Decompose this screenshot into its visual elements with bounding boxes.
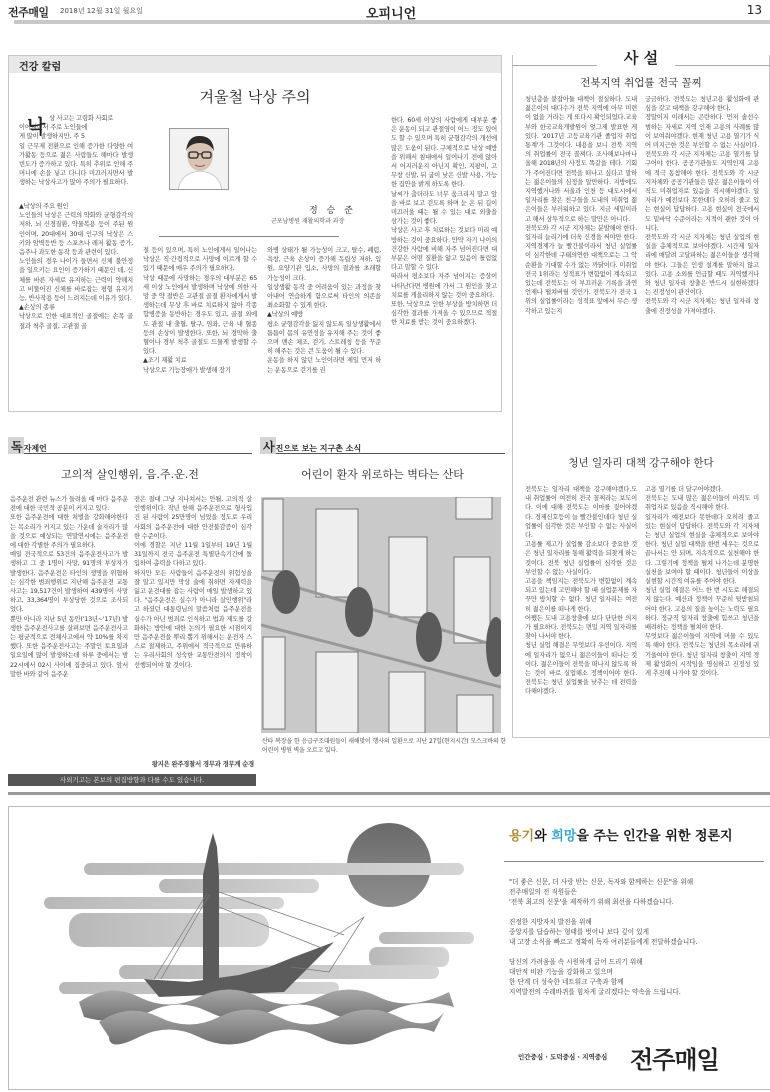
author-photo: [169, 128, 229, 190]
ad-divider: [504, 861, 764, 862]
reader-article-title: 고의적 살인행위, 음.주.운.전: [8, 466, 252, 482]
reader-column-2: 전은 절대 그냥 지나쳐서는 안될, 고의적 살인행위이다. 작년 한해 음주운…: [134, 495, 252, 757]
article-intro: 상 사고는 고령화 사회로 이어지면서 주로 노인들에 게 많이 발생하지만, …: [19, 114, 133, 200]
editorial-2-title: 청년 일자리 대책 강구해야 한다: [513, 455, 769, 470]
health-column: 건강 칼럼 겨울철 낙상 주의 낙 상 사고는 고령화 사회로 이어지면서 주로…: [8, 55, 502, 412]
ad-paragraph-3: 당신의 가려움을 속 시원하게 긁어 드리기 위해 대안적 비판 기능을 강화하…: [509, 957, 681, 997]
ad-paragraph-1: "더 좋은 신문, 더 사랑 받는 신문, 독자와 함께하는 신문"을 위해 전…: [509, 877, 693, 907]
brand-name: 전주매일: [8, 4, 49, 20]
newspaper-logo: 전주매일: [630, 1040, 719, 1075]
article-column-1: ▲낙상의 주요 원인 노인들의 낙상은 근력의 약화와 균형감각의 저하, 뇌 …: [19, 202, 133, 407]
article-title: 겨울철 낙상 주의: [9, 86, 501, 107]
issue-date: 2018년 12월 31일 월요일: [60, 6, 143, 16]
author-portrait-icon: [170, 129, 229, 190]
editorial-header: 사 설: [513, 47, 769, 68]
building-photo-icon: [261, 497, 501, 733]
disclaimer-banner: 사외기고는 본보의 편집방향과 다를 수도 있습니다.: [8, 774, 256, 786]
article-column-2: 절 등이 있으며, 특히 노인에게서 일어나는 낙상은 직·간접적으로 사망에 …: [143, 246, 257, 408]
section-initial: 독: [8, 437, 24, 454]
reader-signature: 왕지은 완주경찰서 경무과 경무계 순경: [134, 760, 254, 769]
ad-paragraph-2: 진정한 지방자치 발전을 위해 중앙지를 답습하는 형태를 벗어나 보다 깊이 …: [509, 917, 698, 947]
section-label: 자제언: [24, 444, 47, 453]
reader-column-1: 음주운전 관련 뉴스가 들려올 때 마다 음주운전에 대한 국민적 공분이 커지…: [10, 495, 128, 771]
editorial-1-column-2: 궁금하다. 전북도는 청년고용 활성화에 관심을 갖고 대책을 강구해야 한다.…: [645, 95, 759, 440]
masthead: 전주매일 2018년 12월 31일 월요일 오피니언 13: [8, 0, 770, 22]
author-name: 정 승 준: [309, 203, 356, 216]
ad-headline: 용기와 희망을 주는 인간을 위한 정론지: [509, 825, 733, 844]
reader-section-header: 독자제언: [8, 436, 252, 454]
column-tab: 건강 칼럼: [9, 56, 501, 73]
reader-column: 독자제언 고의적 살인행위, 음.주.운.전: [8, 436, 252, 482]
santa-photo: [261, 497, 501, 733]
headline-and: 와: [534, 829, 551, 844]
ad-tagline: 인간중심 · 도덕중심 · 지역중심: [518, 1052, 607, 1061]
headline-courage: 용기: [509, 829, 534, 844]
author-affiliation: 군포남병원 재활의학과 과장: [271, 216, 344, 225]
section-initial: 사: [260, 437, 276, 454]
photo-section-header: 사진으로 보는 지구촌 소식: [260, 436, 505, 454]
headline-rest: 을 주는 인간을 위한 정론지: [576, 829, 732, 844]
sailing-ship-illustration-icon: [29, 817, 479, 1057]
editorial-section: 사 설 전북지역 취업률 전국 꼴찌 청년층을 붙잡아둘 대책이 절실하다. 도…: [512, 55, 770, 738]
column-label: 건강 칼럼: [19, 58, 61, 73]
photo-news-title: 어린이 환자 위로하는 벽타는 산타: [260, 466, 505, 482]
section-divider: [8, 792, 770, 795]
editorial-2-column-1: 전북도는 일자리 대책을 강구해야겠다.도내 취업률이 여전히 전국 꼴찌라는 …: [525, 485, 637, 733]
photo-caption: 산타 복장을 한 응급구조대원들이 새해맞이 행사의 일환으로 지난 27일(현…: [262, 737, 506, 755]
photo-news: 사진으로 보는 지구촌 소식 어린이 환자 위로하는 벽타는 산타: [260, 436, 505, 482]
article-column-3: 와병 상태가 될 가능성이 크고, 탈수, 폐렴, 욕창, 근육 손상이 증가해…: [267, 246, 381, 408]
page-number: 13: [747, 3, 762, 17]
article-column-4: 한다. 60세 이상의 사람에게 대부분 좋은 운동이 되고 관절염이 어느 정…: [391, 116, 497, 406]
header-rule: [14, 20, 770, 24]
editorial-1-column-1: 청년층을 붙잡아둘 대책이 절실하다. 도내 젊은이의 대다수가 전북 지역에 …: [525, 95, 637, 440]
editorial-2-column-2: 고용 열기를 더 달구어야겠다. 전북도는 도내 많은 젊은이들이 아직도 미취…: [645, 485, 759, 733]
editorial-1-title: 전북지역 취업률 전국 꼴찌: [513, 75, 769, 90]
headline-hope: 희망: [551, 829, 576, 844]
divider: [159, 236, 339, 237]
section-label: 진으로 보는 지구촌 소식: [276, 444, 362, 453]
